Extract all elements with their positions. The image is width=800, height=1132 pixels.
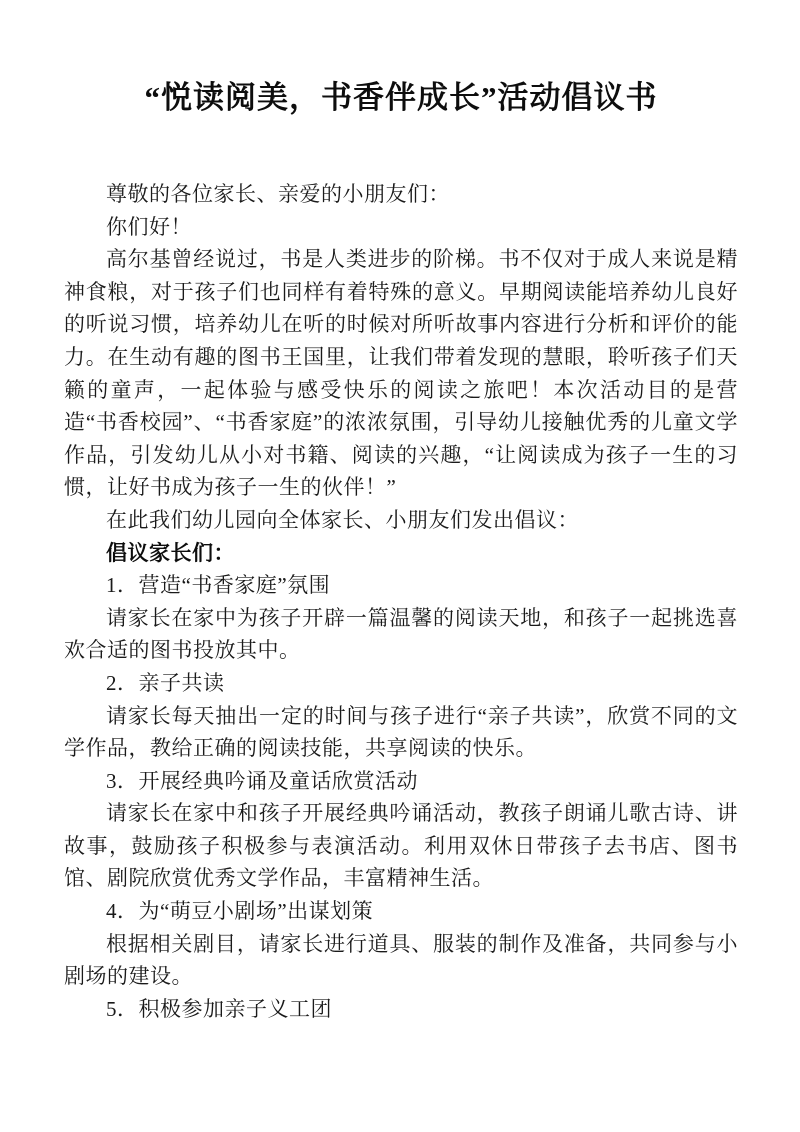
item-1-title: 1．营造“书香家庭”氛围 (64, 569, 738, 602)
proposal-lead-in: 在此我们幼儿园向全体家长、小朋友们发出倡议： (64, 504, 738, 537)
document-page: “悦读阅美，书香伴成长”活动倡议书 尊敬的各位家长、亲爱的小朋友们： 你们好！ … (0, 0, 800, 1132)
item-5-title: 5．积极参加亲子义工团 (64, 993, 738, 1026)
document-title: “悦读阅美，书香伴成长”活动倡议书 (64, 78, 738, 118)
item-4-body: 根据相关剧目，请家长进行道具、服装的制作及准备，共同参与小剧场的建设。 (64, 928, 738, 993)
item-2-body: 请家长每天抽出一定的时间与孩子进行“亲子共读”，欣赏不同的文学作品，教给正确的阅… (64, 700, 738, 765)
introduction-paragraph: 高尔基曾经说过，书是人类进步的阶梯。书不仅对于成人来说是精神食粮，对于孩子们也同… (64, 243, 738, 504)
item-2-title: 2．亲子共读 (64, 667, 738, 700)
item-3-title: 3．开展经典吟诵及童话欣赏活动 (64, 765, 738, 798)
greeting: 你们好！ (64, 211, 738, 244)
salutation: 尊敬的各位家长、亲爱的小朋友们： (64, 178, 738, 211)
section-heading-parents: 倡议家长们： (64, 537, 738, 570)
item-4-title: 4．为“萌豆小剧场”出谋划策 (64, 895, 738, 928)
item-1-body: 请家长在家中为孩子开辟一篇温馨的阅读天地，和孩子一起挑选喜欢合适的图书投放其中。 (64, 602, 738, 667)
item-3-body: 请家长在家中和孩子开展经典吟诵活动，教孩子朗诵儿歌古诗、讲故事，鼓励孩子积极参与… (64, 797, 738, 895)
